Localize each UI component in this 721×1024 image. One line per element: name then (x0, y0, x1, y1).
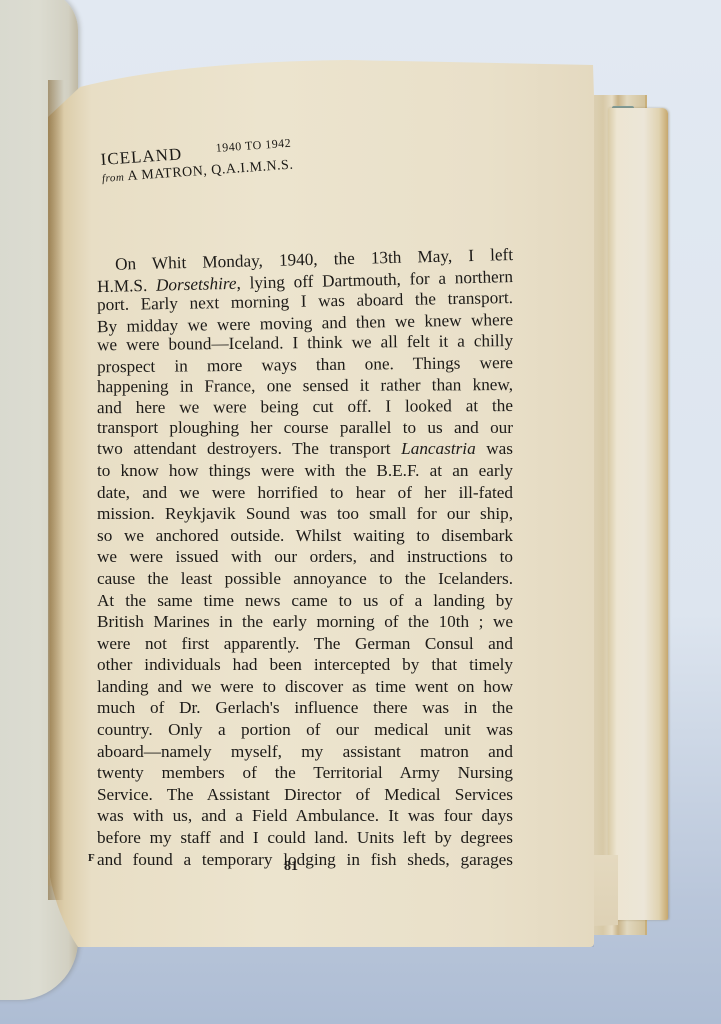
page-number: 81 (284, 859, 298, 875)
body-line: country. Only a portion of our medical u… (97, 719, 513, 741)
body-line: At the same time news came to us of a la… (97, 590, 513, 612)
book-back-cover (608, 108, 668, 920)
byline-prefix: from (102, 171, 125, 185)
body-line: were not first apparently. The German Co… (97, 633, 513, 655)
body-line: and here we were being cut off. I looked… (97, 395, 513, 419)
body-line: aboard—namely myself, my assistant matro… (97, 741, 513, 763)
body-line: two attendant destroyers. The transport … (97, 438, 513, 460)
body-line: much of Dr. Gerlach's influence there wa… (97, 697, 513, 719)
body-line: and found a temporary lodging in fish sh… (97, 849, 513, 871)
page-gutter-shadow (48, 80, 64, 900)
body-line: twenty members of the Territorial Army N… (97, 762, 513, 784)
body-line: so we anchored outside. Whilst waiting t… (97, 525, 513, 547)
body-line: happening in France, one sensed it rathe… (97, 374, 513, 398)
body-text: On Whit Monday, 1940, the 13th May, I le… (97, 244, 513, 870)
body-line: transport ploughing her course parallel … (97, 417, 513, 439)
body-line: we were issued with our orders, and inst… (97, 546, 513, 568)
body-line: date, and we were horrified to hear of h… (97, 482, 513, 504)
body-line: British Marines in the early morning of … (97, 611, 513, 633)
body-line: Service. The Assistant Director of Medic… (97, 784, 513, 806)
body-line: was with us, and a Field Ambulance. It w… (97, 805, 513, 827)
signature-mark: F (88, 852, 95, 864)
body-line: to know how things were with the B.E.F. … (97, 460, 513, 482)
body-line: other individuals had been intercepted b… (97, 654, 513, 676)
italic-ship-name: Lancastria (401, 439, 476, 458)
body-line: mission. Reykjavik Sound was too small f… (97, 503, 513, 525)
body-line: landing and we were to discover as time … (97, 676, 513, 698)
body-line: cause the least possible annoyance to th… (97, 568, 513, 590)
body-line: before my staff and I could land. Units … (97, 827, 513, 849)
